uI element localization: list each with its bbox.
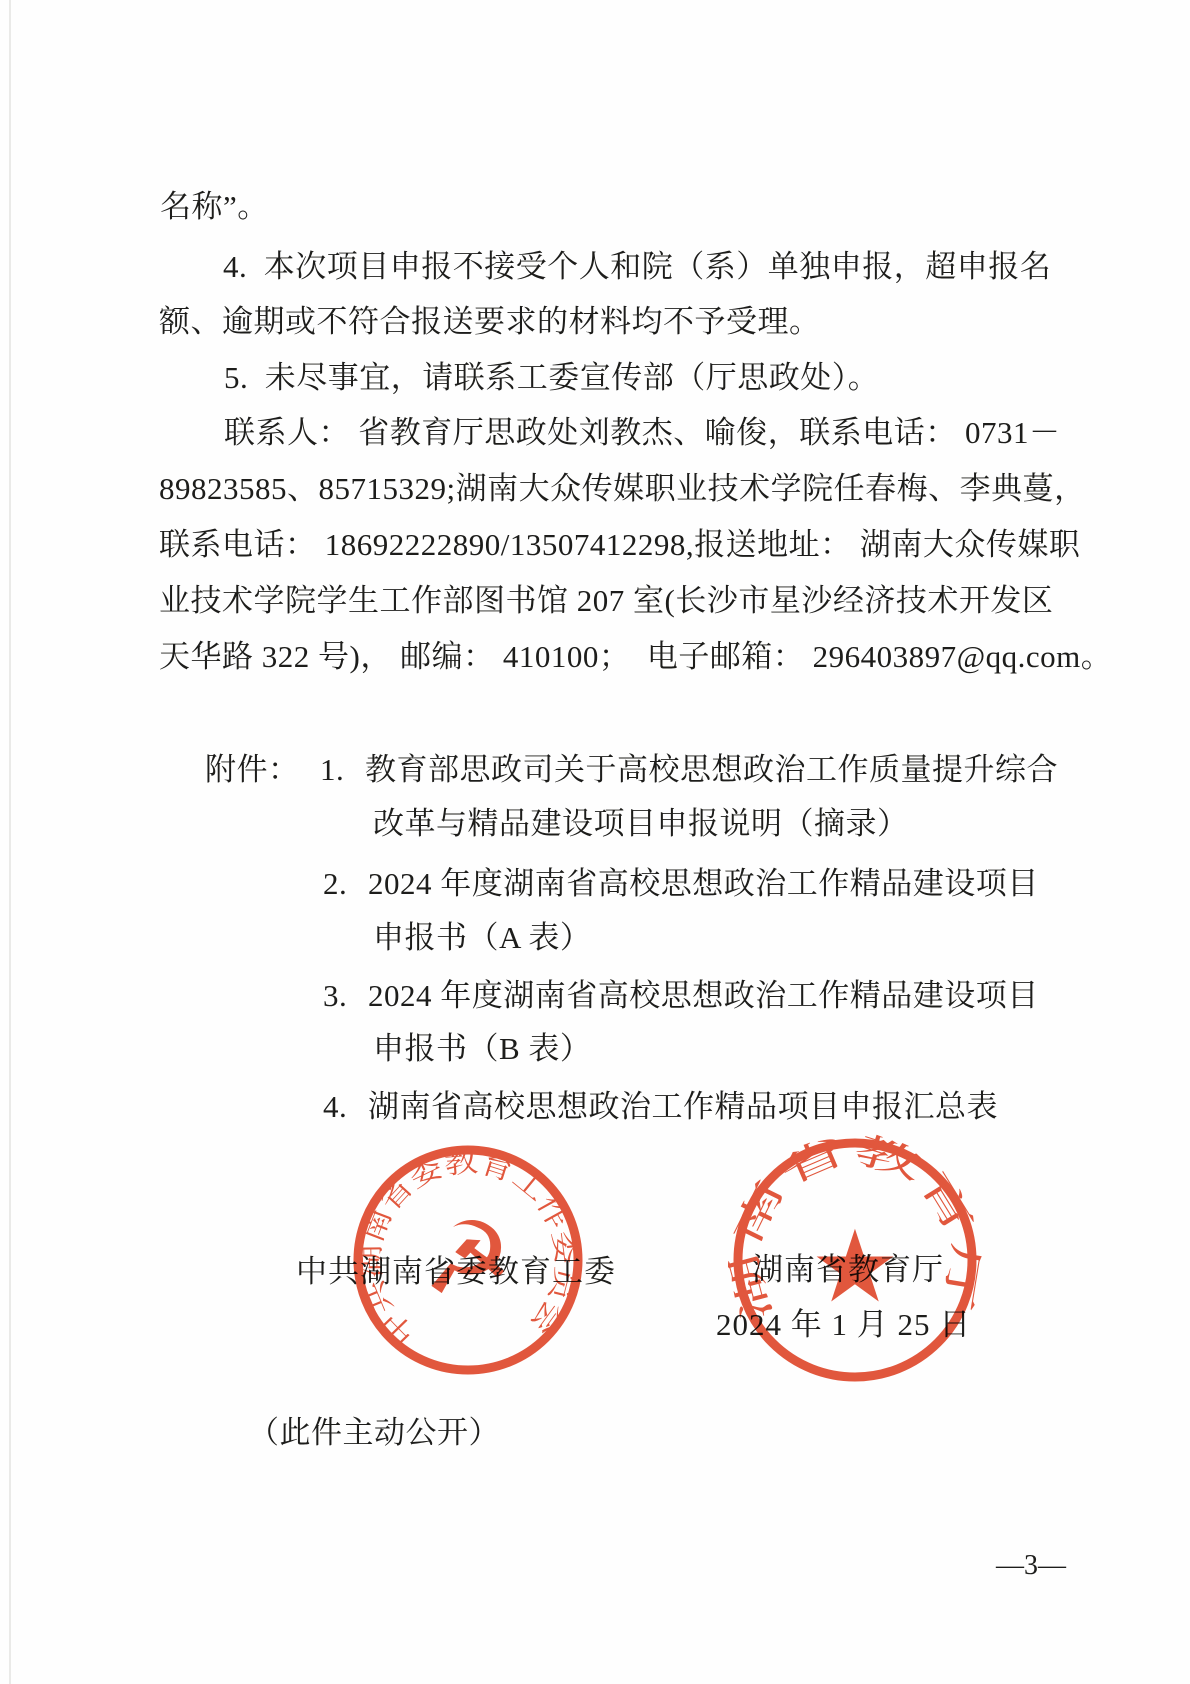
body-line-2: 4. 本次项目申报不接受个人和院（系）单独申报，超申报名 xyxy=(223,247,1051,287)
attachment-2-number: 2. xyxy=(323,864,347,904)
body-line-9: 天华路 322 号)， 邮编： 410100； 电子邮箱： 296403897@… xyxy=(159,637,1112,677)
attachment-2-line1: 2024 年度湖南省高校思想政治工作精品建设项目 xyxy=(368,864,1039,904)
seal-right-education-department: 湖南省教育厅 ★ xyxy=(728,1133,982,1387)
page-number: —3— xyxy=(996,1550,1066,1582)
body-line-8: 业技术学院学生工作部图书馆 207 室(长沙市星沙经济技术开发区 xyxy=(159,581,1053,621)
attachment-3-number: 3. xyxy=(323,976,347,1016)
body-line-3: 额、逾期或不符合报送要求的材料均不予受理。 xyxy=(159,302,821,342)
attachment-1-line2: 改革与精品建设项目申报说明（摘录） xyxy=(373,804,909,844)
scan-artifact-line xyxy=(9,0,11,1684)
attachment-4-line1: 湖南省高校思想政治工作精品项目申报汇总表 xyxy=(368,1087,998,1127)
body-line-1: 名称”。 xyxy=(160,187,269,227)
hammer-and-sickle-icon: ☭ xyxy=(423,1200,513,1317)
seal-left-party-committee: 中共湖南省委教育工作委员会 ☭ xyxy=(349,1141,587,1379)
attachment-label: 附件： xyxy=(205,750,300,790)
attachment-2-line2: 申报书（A 表） xyxy=(373,918,591,958)
body-line-5: 联系人： 省教育厅思政处刘教杰、喻俊，联系电话： 0731－ xyxy=(224,413,1061,453)
disclosure-note: （此件主动公开） xyxy=(248,1413,500,1453)
attachment-1-number: 1. xyxy=(320,750,344,790)
attachment-3-line2: 申报书（B 表） xyxy=(373,1029,591,1069)
attachment-1-line1: 教育部思政司关于高校思想政治工作质量提升综合 xyxy=(365,750,1058,790)
body-line-7: 联系电话： 18692222890/13507412298,报送地址： 湖南大众… xyxy=(159,525,1080,565)
star-icon: ★ xyxy=(810,1208,900,1325)
body-line-6: 89823585、85715329;湖南大众传媒职业技术学院任春梅、李典蔓， xyxy=(159,469,1086,509)
document-page: 名称”。 4. 本次项目申报不接受个人和院（系）单独申报，超申报名 额、逾期或不… xyxy=(0,0,1190,1684)
attachment-4-number: 4. xyxy=(323,1087,347,1127)
body-line-4: 5. 未尽事宜，请联系工委宣传部（厅思政处）。 xyxy=(224,358,879,398)
attachment-3-line1: 2024 年度湖南省高校思想政治工作精品建设项目 xyxy=(368,976,1039,1016)
